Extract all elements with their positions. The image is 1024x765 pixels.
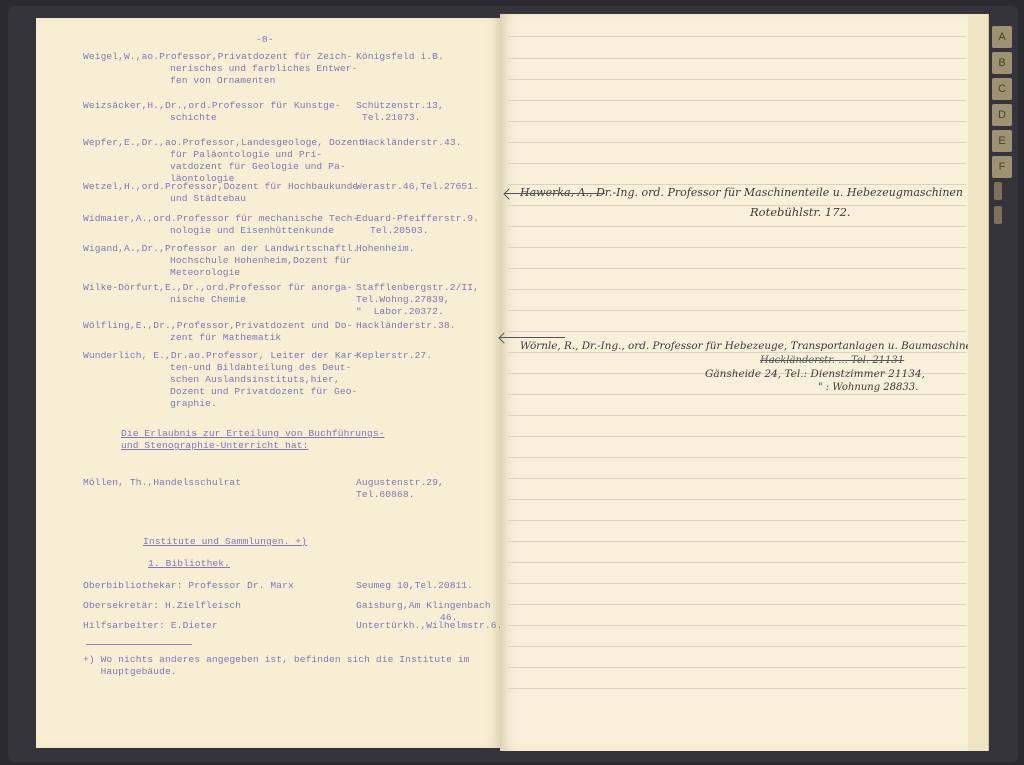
entry-cont: Meteorologie (170, 267, 240, 279)
entry-address: Tel.21073. (362, 112, 421, 124)
entry-address: Stafflenbergstr.2/II, (356, 282, 479, 294)
index-tab-f[interactable]: F (992, 156, 1012, 178)
ruled-line (508, 121, 966, 122)
ruled-line (508, 457, 966, 458)
handwritten-address: Rotebühlstr. 172. (750, 205, 851, 219)
footnote: Hauptgebäude. (83, 666, 177, 678)
entry-address: Schützenstr.13, (356, 100, 444, 112)
footnote-divider (86, 644, 192, 645)
left-page: -8- Weigel,W.,ao.Professor,Privatdozent … (36, 18, 502, 748)
entry-address: Keplerstr.27. (356, 350, 432, 362)
entry-address: Werastr.46,Tel.27651. (356, 181, 479, 193)
entry-cont: schen Auslandsinstituts,hier, (170, 374, 340, 386)
ruled-line (508, 226, 966, 227)
entry-cont: für Paläontologie und Pri- (170, 149, 322, 161)
handwritten-address: Gänsheide 24, Tel.: Dienstzimmer 21134, (705, 368, 925, 380)
ruled-line (508, 541, 966, 542)
library-staff-address: Seumeg 10,Tel.20811. (356, 580, 473, 592)
page-number: -8- (256, 34, 274, 46)
ruled-line (508, 415, 966, 416)
entry-name: Wilke-Dörfurt,E.,Dr.,ord.Professor für a… (83, 282, 352, 294)
entry-name: Wunderlich, E.,Dr.ao.Professor, Leiter d… (83, 350, 358, 362)
entry-name: Wölfling,E.,Dr.,Professor,Privatdozent u… (83, 320, 352, 332)
ruled-line (508, 646, 966, 647)
entry-address: Hackländerstr.38. (356, 320, 456, 332)
entry-cont: ten-und Bildabteilung des Deut- (170, 362, 352, 374)
library-heading: 1. Bibliothek. (148, 558, 230, 570)
struck-address: Hackländerstr. ... Tel. 21131 (760, 355, 904, 366)
library-staff-address: Untertürkh.,Wilhelmstr.6. (356, 620, 502, 632)
ruled-line (508, 310, 966, 311)
entry-name: Wepfer,E.,Dr.,ao.Professor,Landesgeologe… (83, 137, 364, 149)
entry-address: Tel.20503. (370, 225, 429, 237)
entry-cont: schichte (170, 112, 217, 124)
page-edges (968, 14, 989, 751)
ruled-line (508, 79, 966, 80)
permission-entry-name: Möllen, Th.,Handelsschulrat (83, 477, 241, 489)
ruled-line (508, 499, 966, 500)
footnote: +) Wo nichts anderes angegeben ist, befi… (83, 654, 470, 666)
ruled-line (508, 394, 966, 395)
ruled-line (508, 289, 966, 290)
index-tab-e[interactable]: E (992, 130, 1012, 152)
ruled-line (508, 520, 966, 521)
library-staff-role: Obersekretär: H.Zielfleisch (83, 600, 241, 612)
entry-cont: Hochschule Hohenheim,Dozent für (170, 255, 352, 267)
ruled-line (508, 352, 966, 353)
right-page: Hawerka, A., Dr.-Ing. ord. Professor für… (500, 14, 970, 751)
entry-address: Hohenheim. (356, 243, 415, 255)
entry-name: Weigel,W.,ao.Professor,Privatdozent für … (83, 51, 352, 63)
permission-entry-address: Tel.60868. (356, 489, 415, 501)
ruled-line (508, 583, 966, 584)
permission-heading: und Stenographie-Unterricht hat: (121, 440, 308, 452)
entry-address: Königsfeld i.B. (356, 51, 444, 63)
ruled-line (508, 58, 966, 59)
ruled-line (508, 625, 966, 626)
handwritten-phone: " : Wohnung 28833. (818, 382, 918, 393)
ruled-line (508, 436, 966, 437)
entry-address: Hackländerstr.43. (362, 137, 462, 149)
entry-name: Wetzel,H.,ord.Professor,Dozent für Hochb… (83, 181, 358, 193)
ruled-line (508, 184, 966, 185)
index-tab-d[interactable]: D (992, 104, 1012, 126)
arrow-icon (505, 193, 605, 194)
index-tab-unlabeled[interactable] (994, 206, 1002, 224)
ruled-line (508, 667, 966, 668)
entry-cont: Dozent und Privatdozent für Geo- (170, 386, 357, 398)
index-tab-unlabeled[interactable] (994, 182, 1002, 200)
ruled-line (508, 604, 966, 605)
ruled-line (508, 478, 966, 479)
index-tab-b[interactable]: B (992, 52, 1012, 74)
entry-cont: vatdozent für Geologie und Pa- (170, 161, 346, 173)
handwritten-entry: Wörnle, R., Dr.-Ing., ord. Professor für… (520, 340, 978, 352)
entry-cont: graphie. (170, 398, 217, 410)
ruled-line (508, 562, 966, 563)
entry-cont: nische Chemie (170, 294, 246, 306)
entry-address: Tel.Wohng.27839, (356, 294, 450, 306)
index-tab-a[interactable]: A (992, 26, 1012, 48)
entry-cont: nologie und Eisenhüttenkunde (170, 225, 334, 237)
index-tab-c[interactable]: C (992, 78, 1012, 100)
entry-cont: zent für Mathematik (170, 332, 281, 344)
permission-heading: Die Erlaubnis zur Erteilung von Buchführ… (121, 428, 385, 440)
library-staff-role: Oberbibliothekar: Professor Dr. Marx (83, 580, 294, 592)
ruled-line (508, 205, 966, 206)
institutes-heading: Institute und Sammlungen. +) (143, 536, 307, 548)
entry-cont: und Städtebau (170, 193, 246, 205)
entry-name: Widmaier,A.,ord.Professor für mechanisch… (83, 213, 358, 225)
ruled-line (508, 268, 966, 269)
ruled-line (508, 331, 966, 332)
library-staff-address: Gaisburg,Am Klingenbach (356, 600, 491, 612)
ruled-line (508, 142, 966, 143)
library-staff-role: Hilfsarbeiter: E.Dieter (83, 620, 218, 632)
ruled-line (508, 36, 966, 37)
entry-address: Eduard-Pfeifferstr.9. (356, 213, 479, 225)
permission-entry-address: Augustenstr.29, (356, 477, 444, 489)
entry-name: Wigand,A.,Dr.,Professor an der Landwirts… (83, 243, 358, 255)
ruled-line (508, 100, 966, 101)
entry-cont: nerisches und farbliches Entwer- (170, 63, 357, 75)
ruled-line (508, 163, 966, 164)
entry-cont: fen von Ornamenten (170, 75, 275, 87)
entry-address: " Labor.20372. (356, 306, 444, 318)
arrow-icon (500, 337, 565, 338)
ruled-line (508, 247, 966, 248)
entry-name: Weizsäcker,H.,Dr.,ord.Professor für Kuns… (83, 100, 341, 112)
ruled-line (508, 688, 966, 689)
